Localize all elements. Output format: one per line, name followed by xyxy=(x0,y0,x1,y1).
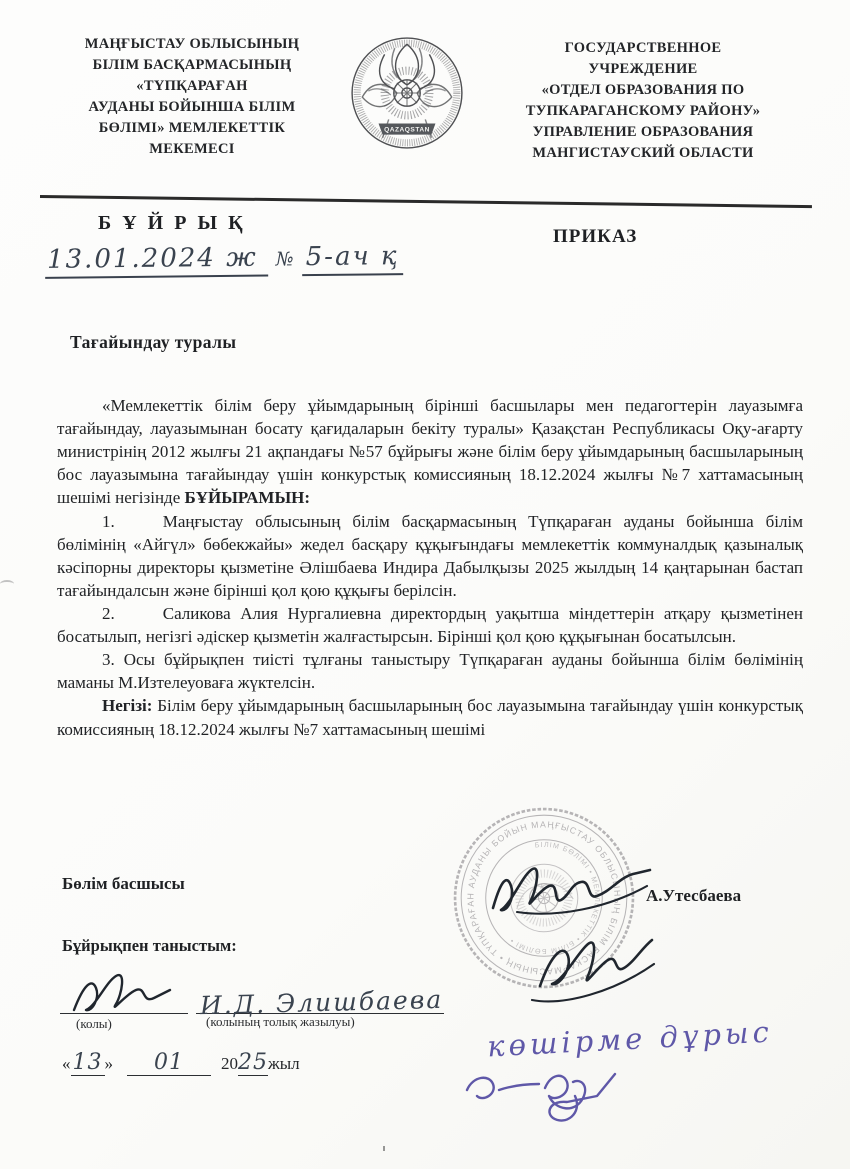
preamble-text: «Мемлекеттік білім беру ұйымдарының бірі… xyxy=(57,396,803,507)
number-sign: № xyxy=(268,248,302,270)
quote-open: « xyxy=(62,1054,71,1073)
order-verb-bold: БҰЙЫРАМЫН: xyxy=(185,488,311,507)
handwritten-day: 13 xyxy=(71,1050,105,1076)
order-body: «Мемлекеттік білім беру ұйымдарының бірі… xyxy=(57,394,803,741)
item-2-text: Саликова Алия Нургалиевна директордың уа… xyxy=(57,604,803,646)
year-word: жыл xyxy=(268,1054,300,1073)
paragraph-preamble: «Мемлекеттік білім беру ұйымдарының бірі… xyxy=(57,394,803,510)
acquainted-autograph xyxy=(66,968,178,1018)
acquainted-label: Бұйрықпен таныстым: xyxy=(62,936,237,956)
handwritten-order-no: 5-ач қ xyxy=(302,241,403,276)
paragraph-item-1: 1.Маңғыстау облысының білім басқармасыны… xyxy=(57,510,803,602)
order-heading-russian: ПРИКАЗ xyxy=(553,226,637,248)
paragraph-basis: Негізі: Білім беру ұйымдарының басшылары… xyxy=(57,694,803,740)
full-signature-caption: (колының толық жазылуы) xyxy=(206,1014,355,1030)
paragraph-item-2: 2.Саликова Алия Нургалиевна директордың … xyxy=(57,602,803,648)
item-2-number: 2. xyxy=(102,604,115,623)
acquainted-date-line: «13»012025жыл xyxy=(62,1050,300,1076)
header-divider-line xyxy=(40,195,812,208)
scan-artifact-dot xyxy=(383,1146,385,1151)
full-name-line: И.Д. Элишбаева xyxy=(196,970,444,1014)
order-heading-kazakh: Б Ұ Й Р Ы Қ xyxy=(98,212,246,235)
item-1-number: 1. xyxy=(102,512,115,531)
handwritten-month: 01 xyxy=(154,1050,184,1075)
quote-close: » xyxy=(105,1054,114,1073)
signature-line xyxy=(60,974,188,1014)
signer-name: А.Утесбаева xyxy=(646,886,741,906)
handwritten-order-date: 13.01.2024 ж xyxy=(45,243,268,279)
scan-artifact-mark xyxy=(0,580,14,588)
order-subject: Тағайындау туралы xyxy=(70,332,236,353)
head-signature-autograph xyxy=(487,860,655,922)
kazakhstan-coat-of-arms-icon: QAZAQSTAN xyxy=(346,32,468,154)
basis-label: Негізі: xyxy=(102,696,152,715)
basis-text: Білім беру ұйымдарының басшыларының бос … xyxy=(57,696,803,738)
item-1-text: Маңғыстау облысының білім басқармасының … xyxy=(57,512,803,600)
scanned-order-document: МАҢҒЫСТАУ ОБЛЫСЫНЫҢ БІЛІМ БАСҚАРМАСЫНЫҢ … xyxy=(0,0,850,1169)
emblem-banner-text: QAZAQSTAN xyxy=(384,127,430,134)
stamp-lower-autograph xyxy=(524,922,660,1010)
printed-century: 20 xyxy=(221,1054,238,1073)
org-name-russian: ГОСУДАРСТВЕННОЕ УЧРЕЖДЕНИЕ «ОТДЕЛ ОБРАЗО… xyxy=(472,30,814,164)
paragraph-item-3: 3. Осы бұйрықпен тиісті тұлғаны таныстыр… xyxy=(57,648,803,694)
handwritten-year: 25 xyxy=(238,1050,268,1075)
signature-caption: (колы) xyxy=(76,1016,112,1032)
letterhead: МАҢҒЫСТАУ ОБЛЫСЫНЫҢ БІЛІМ БАСҚАРМАСЫНЫҢ … xyxy=(42,30,814,164)
org-name-kazakh: МАҢҒЫСТАУ ОБЛЫСЫНЫҢ БІЛІМ БАСҚАРМАСЫНЫҢ … xyxy=(42,30,342,160)
handwritten-order-number: 13.01.2024 ж№5-ач қ xyxy=(45,241,403,275)
copy-note-autograph xyxy=(455,1052,633,1130)
signer-position-title: Бөлім басшысы xyxy=(62,874,185,894)
